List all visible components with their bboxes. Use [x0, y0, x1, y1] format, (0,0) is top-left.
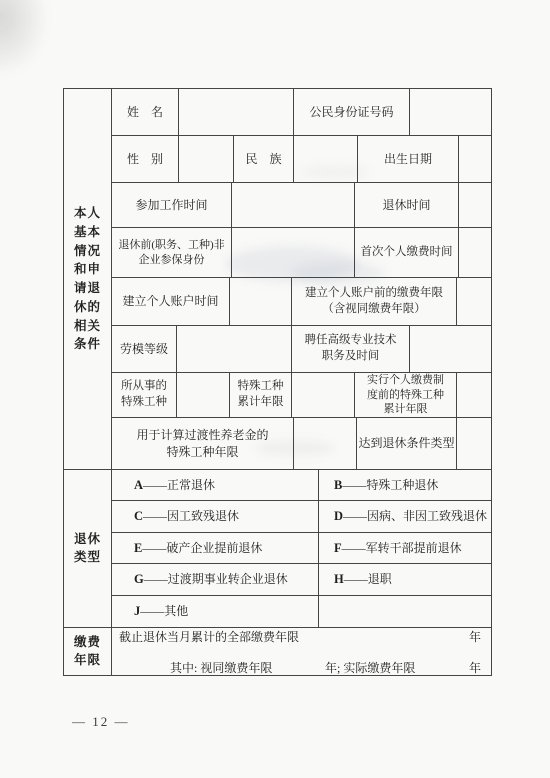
section-payment-years: 缴费 年限 截止退休当月累计的全部缴费年限 年 其中: 视同缴费年限 年; 实际…: [64, 628, 491, 675]
name-value-cell: [179, 89, 294, 135]
account-setup-value-cell: [230, 278, 292, 325]
retire-type-option-a: A——正常退休: [112, 470, 319, 500]
work-start-label: 参加工作时间: [112, 183, 232, 227]
row-work-start-retire-time: 参加工作时间 退休时间: [112, 183, 491, 228]
retire-type-text: ——军转干部提前退休: [342, 540, 462, 556]
row-model-worker-senior-title: 劳模等级 聘任高级专业技术 职务及时间: [112, 326, 491, 373]
retire-type-option-g: G——过渡期事业转企业退休: [112, 564, 319, 594]
special-pre-system-value-cell: [457, 373, 491, 417]
row-gender-ethnicity-birth: 性 别 民 族 出生日期: [112, 136, 491, 183]
citizen-id-value-cell: [410, 89, 491, 135]
row-pre-retire-first-payment: 退休前(职务、工种)非 企业参保身份 首次个人缴费时间: [112, 228, 491, 278]
payment-detail-unit: 年: [469, 659, 481, 676]
retire-type-text: ——特殊工种退休: [342, 477, 438, 493]
name-label: 姓 名: [112, 89, 179, 135]
payment-total-unit: 年: [469, 628, 481, 645]
retire-type-option-e: E——破产企业提前退休: [112, 533, 319, 563]
senior-title-value-cell: [410, 326, 491, 372]
retire-type-option-c: C——因工致残退休: [112, 501, 319, 531]
account-setup-label: 建立个人账户时间: [112, 278, 230, 325]
retire-type-option-d: D——因病、非因工致残退休: [319, 501, 491, 531]
section-basic-info: 本人 基本 情况 和申 请退 休的 相关 条件 姓 名 公民身份证号码 性 别 …: [64, 89, 491, 470]
retire-type-option-f: F——军转干部提前退休: [319, 533, 491, 563]
retire-type-code: A: [134, 477, 143, 494]
row-transitional-condition: 用于计算过渡性养老金的 特殊工种年限 达到退休条件类型: [112, 418, 491, 469]
payment-detail-line: 其中: 视同缴费年限 年; 实际缴费年限 年: [112, 659, 491, 675]
payment-deemed-label: 其中: 视同缴费年限: [170, 659, 272, 676]
retire-type-code: G: [134, 571, 144, 588]
special-years-value-cell: [292, 373, 355, 417]
retire-time-value-cell: [459, 183, 491, 227]
page-number: — 12 —: [72, 714, 130, 730]
gender-value-cell: [179, 136, 234, 182]
transitional-years-value-cell: [294, 418, 357, 469]
retire-type-option-empty: [319, 596, 491, 627]
section-payment-years-label: 缴费 年限: [64, 628, 112, 675]
pre-retire-identity-label: 退休前(职务、工种)非 企业参保身份: [112, 228, 232, 277]
retire-type-text: ——破产企业提前退休: [142, 540, 262, 556]
section-retire-type: 退休 类型 A——正常退休 B——特殊工种退休 C——因工致残退休 D——因病、…: [64, 470, 491, 628]
retire-type-code: D: [334, 508, 343, 525]
retire-type-option-h: H——退职: [319, 564, 491, 594]
retirement-form-table: 本人 基本 情况 和申 请退 休的 相关 条件 姓 名 公民身份证号码 性 别 …: [63, 88, 492, 676]
row-account-setup: 建立个人账户时间 建立个人账户前的缴费年限 （含视同缴费年限）: [112, 278, 491, 326]
scan-corner-shadow: [0, 0, 50, 78]
retire-type-row: E——破产企业提前退休 F——军转干部提前退休: [112, 533, 491, 564]
citizen-id-label: 公民身份证号码: [294, 89, 410, 135]
payment-total-line: 截止退休当月累计的全部缴费年限 年: [112, 628, 491, 644]
retire-condition-value-cell: [457, 418, 491, 469]
retire-condition-label: 达到退休条件类型: [357, 418, 457, 469]
retire-type-option-j: J——其他: [112, 596, 319, 627]
retire-type-code: C: [134, 508, 143, 525]
ethnicity-value-cell: [294, 136, 358, 182]
model-worker-label: 劳模等级: [112, 326, 177, 372]
retire-type-text: ——退职: [344, 571, 392, 587]
section-basic-info-label: 本人 基本 情况 和申 请退 休的 相关 条件: [64, 89, 112, 469]
retire-type-row: A——正常退休 B——特殊工种退休: [112, 470, 491, 501]
model-worker-value-cell: [177, 326, 292, 372]
retire-type-text: ——过渡期事业转企业退休: [144, 571, 288, 587]
special-work-value-cell: [177, 373, 230, 417]
retire-type-text: ——因工致残退休: [143, 508, 239, 524]
special-years-label: 特殊工种 累计年限: [230, 373, 292, 417]
ethnicity-label: 民 族: [234, 136, 294, 182]
retire-type-option-b: B——特殊工种退休: [319, 470, 491, 500]
payment-years-cell: 截止退休当月累计的全部缴费年限 年 其中: 视同缴费年限 年; 实际缴费年限 年: [112, 628, 491, 675]
first-payment-value-cell: [459, 228, 491, 277]
row-name-id: 姓 名 公民身份证号码: [112, 89, 491, 136]
work-start-value-cell: [232, 183, 355, 227]
retire-type-text: ——正常退休: [143, 477, 215, 493]
retire-type-row: G——过渡期事业转企业退休 H——退职: [112, 564, 491, 595]
retire-type-text: ——其他: [140, 603, 188, 619]
retire-type-code: H: [334, 571, 344, 588]
retire-type-code: F: [334, 540, 342, 557]
pre-account-years-label: 建立个人账户前的缴费年限 （含视同缴费年限）: [292, 278, 457, 325]
transitional-years-label: 用于计算过渡性养老金的 特殊工种年限: [112, 418, 294, 469]
special-pre-system-label: 实行个人缴费制 度前的特殊工种 累计年限: [355, 373, 457, 417]
section-retire-type-label: 退休 类型: [64, 470, 112, 627]
birth-date-label: 出生日期: [358, 136, 459, 182]
pre-retire-identity-value-cell: [232, 228, 355, 277]
gender-label: 性 别: [112, 136, 179, 182]
retire-type-row: C——因工致残退休 D——因病、非因工致残退休: [112, 501, 491, 532]
retire-type-text: ——因病、非因工致残退休: [343, 508, 487, 524]
retire-time-label: 退休时间: [355, 183, 459, 227]
special-work-label: 所从事的 特殊工种: [112, 373, 177, 417]
first-payment-label: 首次个人缴费时间: [355, 228, 459, 277]
payment-total-label: 截止退休当月累计的全部缴费年限: [119, 628, 299, 645]
birth-date-value-cell: [459, 136, 491, 182]
row-special-work: 所从事的 特殊工种 特殊工种 累计年限 实行个人缴费制 度前的特殊工种 累计年限: [112, 373, 491, 418]
pre-account-years-value-cell: [457, 278, 491, 325]
payment-actual-label: 年; 实际缴费年限: [325, 659, 415, 676]
senior-title-label: 聘任高级专业技术 职务及时间: [292, 326, 410, 372]
retire-type-row: J——其他: [112, 596, 491, 627]
